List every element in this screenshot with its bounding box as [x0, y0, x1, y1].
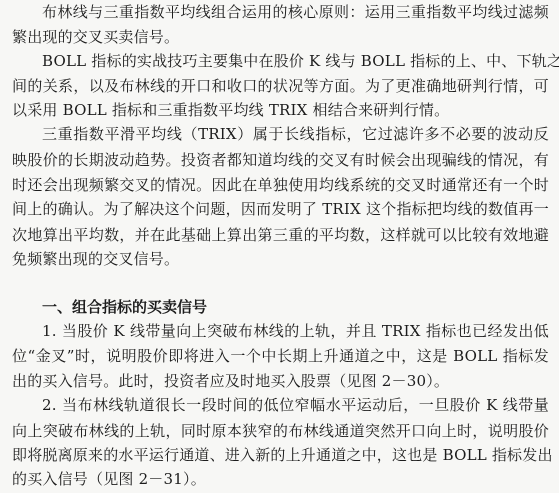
document-page: 布林线与三重指数平均线组合运用的核心原则：运用三重指数平均线过滤频 繁出现的交叉… — [0, 0, 559, 493]
signal-item-2-line-1: 2. 当布林线轨道很长一段时间的低位窄幅水平运动后，一旦股价 K 线带量 — [42, 395, 549, 415]
signal-item-1-line-1: 1. 当股价 K 线带量向上突破布林线的上轨，并且 TRIX 指标也已经发出低 — [42, 321, 549, 341]
signal-item-1-line-2: 位“金叉”时，说明股价即将进入一个中长期上升通道之中，这是 BOLL 指标发 — [12, 346, 549, 366]
signal-item-1-line-3: 出的买入信号。此时，投资者应及时地买入股票（见图 2－30）。 — [12, 371, 549, 391]
paragraph-3-line-4: 间上的确认。为了解决这个问题，因而发明了 TRIX 这个指标把均线的数值再一 — [12, 199, 549, 219]
paragraph-3-line-1: 三重指数平滑平均线（TRIX）属于长线指标，它过滤许多不必要的波动反 — [42, 124, 549, 144]
paragraph-3-line-3: 时还会出现频繁交叉的情况。因此在单独使用均线系统的交叉时通常还有一个时 — [12, 175, 549, 195]
paragraph-2-line-3: 以采用 BOLL 指标和三重指数平均线 TRIX 相结合来研判行情。 — [12, 100, 549, 120]
section-heading: 一、组合指标的买卖信号 — [42, 297, 207, 317]
signal-item-2-line-3: 即将脱离原来的水平运行通道、进入新的上升通道之中，这也是 BOLL 指标发出 — [12, 445, 549, 465]
paragraph-2-line-1: BOLL 指标的实战技巧主要集中在股价 K 线与 BOLL 指标的上、中、下轨之 — [42, 51, 549, 71]
paragraph-3-line-2: 映股价的长期波动趋势。投资者都知道均线的交叉有时候会出现骗线的情况，有 — [12, 150, 549, 170]
signal-item-2-line-2: 向上突破布林线的上轨，同时原本狭窄的布林线通道突然开口向上时，说明股价 — [12, 421, 549, 441]
paragraph-1-line-2: 繁出现的交叉买卖信号。 — [12, 27, 549, 47]
paragraph-3-line-6: 免频繁出现的交叉信号。 — [12, 249, 549, 269]
paragraph-1-line-1: 布林线与三重指数平均线组合运用的核心原则：运用三重指数平均线过滤频 — [42, 2, 549, 22]
paragraph-2-line-2: 间的关系，以及布林线的开口和收口的状况等方面。为了更准确地研判行情，可 — [12, 76, 549, 96]
signal-item-2-line-4: 的买入信号（见图 2－31）。 — [12, 469, 549, 489]
paragraph-3-line-5: 次地算出平均数，并在此基础上算出第三重的平均数，这样就可以比较有效地避 — [12, 225, 549, 245]
